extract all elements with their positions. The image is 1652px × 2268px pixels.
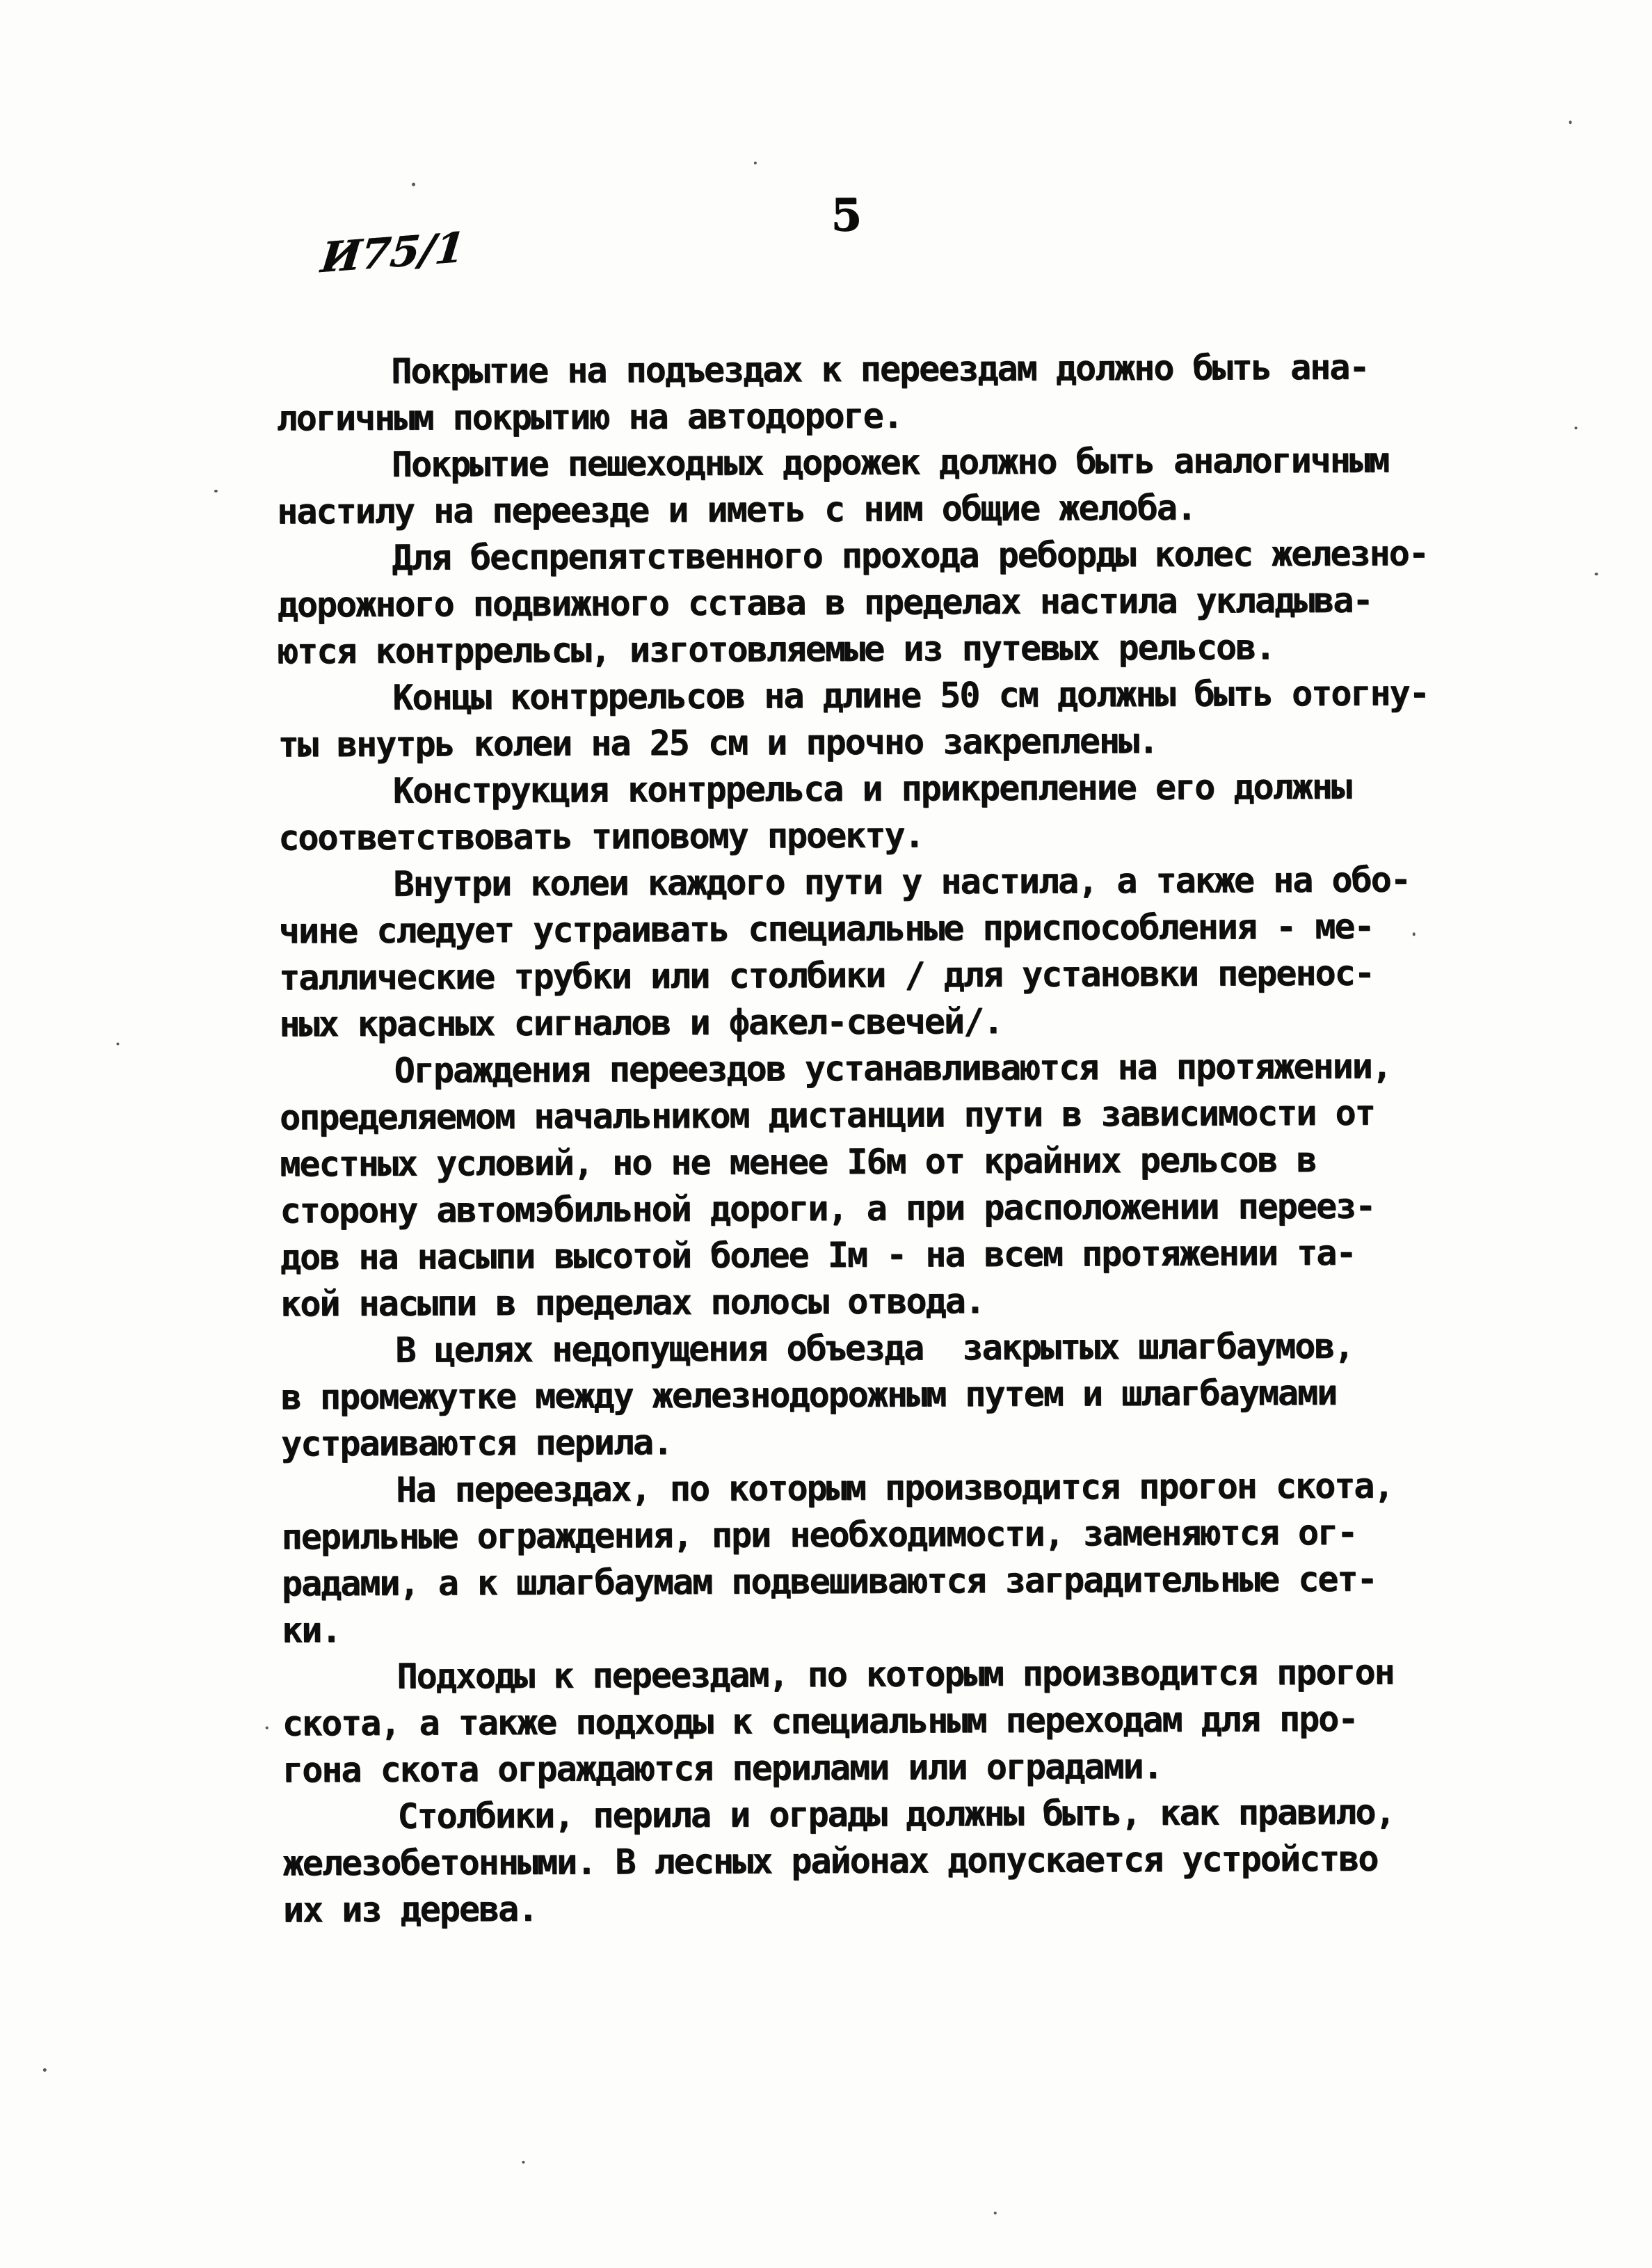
page-number: 5 xyxy=(831,189,862,241)
text-line: Подходы к переездам, по которым производ… xyxy=(282,1649,1422,1700)
scan-speck xyxy=(266,1727,268,1730)
scan-speck xyxy=(214,490,218,493)
text-line: радами, а к шлагбаумам подвешиваются заг… xyxy=(282,1556,1422,1607)
text-line: На переездах, по которым производится пр… xyxy=(281,1462,1422,1514)
text-line: в промежутке между железнодорожным путем… xyxy=(280,1369,1421,1421)
text-line: Ограждения переездов устанавливаются на … xyxy=(279,1043,1420,1094)
scan-speck xyxy=(754,161,757,164)
text-line: ты внутрь колеи на 25 см и прочно закреп… xyxy=(278,717,1418,768)
text-line: В целях недопущения объезда закрытых шла… xyxy=(280,1323,1421,1374)
scan-speck xyxy=(994,2212,997,2214)
text-line: чине следует устраивать специальные прис… xyxy=(279,903,1420,955)
text-block: Покрытие на подъездах к переездам должно… xyxy=(276,344,1424,1933)
scan-speck xyxy=(522,2161,524,2164)
scan-speck xyxy=(43,2068,47,2072)
text-line: сторону автомэбильной дороги, а при расп… xyxy=(280,1183,1420,1234)
scan-speck xyxy=(1569,120,1572,124)
text-line: Для беспрепятственного прохода реборды к… xyxy=(277,530,1418,582)
text-line: дов на насыпи высотой более Iм - на всем… xyxy=(280,1229,1421,1281)
text-line: местных условий, но не менее I6м от край… xyxy=(280,1136,1420,1188)
text-line: ки. xyxy=(282,1602,1422,1654)
document-page: 5 И75/1 Покрытие на подъездах к переезда… xyxy=(0,0,1652,2268)
text-line: Столбики, перила и ограды должны быть, к… xyxy=(282,1789,1423,1840)
scan-speck xyxy=(1413,932,1416,936)
text-line: настилу на переезде и иметь с ним общие … xyxy=(277,484,1418,535)
text-line: гона скота ограждаются перилами или огра… xyxy=(282,1742,1423,1794)
text-line: Покрытие на подъездах к переездам должно… xyxy=(276,344,1417,395)
text-line: скота, а также подходы к специальным пер… xyxy=(282,1695,1423,1747)
text-line: ются контррельсы, изготовляемые из путев… xyxy=(278,623,1418,675)
text-line: перильные ограждения, при необходимости,… xyxy=(281,1509,1422,1560)
margin-annotation: И75/1 xyxy=(319,223,467,282)
text-line: дорожного подвижного сстава в пределах н… xyxy=(278,577,1418,628)
text-line: Концы контррельсов на длине 50 см должны… xyxy=(278,670,1418,721)
text-line: соответствовать типовому проекту. xyxy=(278,810,1419,861)
text-line: Конструкция контррельса и прикрепление е… xyxy=(278,763,1419,815)
text-line: логичным покрытию на автодороге. xyxy=(276,390,1417,442)
scanned-content: 5 И75/1 Покрытие на подъездах к переезда… xyxy=(0,0,1652,2268)
text-line: кой насыпи в пределах полосы отвода. xyxy=(280,1276,1421,1327)
text-line: их из дерева. xyxy=(283,1882,1424,1933)
text-line: таллические трубки или столбики / для ус… xyxy=(279,950,1420,1001)
scan-speck xyxy=(116,1042,119,1045)
scan-speck xyxy=(412,183,415,186)
text-line: устраиваются перила. xyxy=(281,1416,1422,1467)
text-line: определяемом начальником дистанции пути … xyxy=(280,1089,1420,1141)
text-line: Внутри колеи каждого пути у настила, а т… xyxy=(278,856,1419,908)
text-line: железобетонными. В лесных районах допуск… xyxy=(282,1835,1423,1887)
text-line: Покрытие пешеходных дорожек должно быть … xyxy=(277,437,1418,488)
scan-speck xyxy=(1594,573,1598,575)
text-line: ных красных сигналов и факел-свечей/. xyxy=(279,996,1420,1048)
scan-speck xyxy=(1575,426,1578,429)
